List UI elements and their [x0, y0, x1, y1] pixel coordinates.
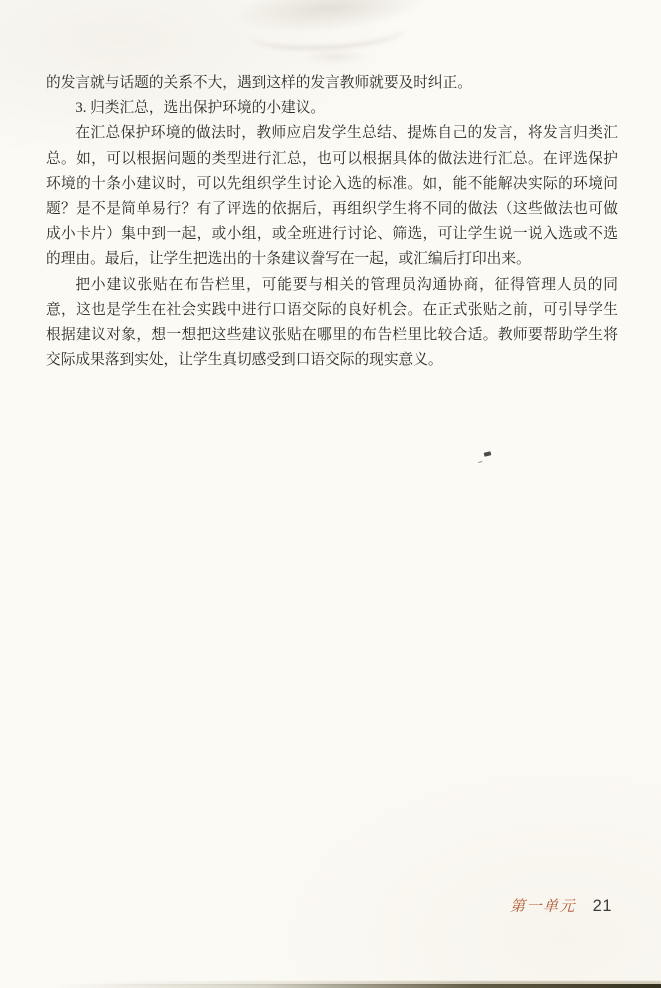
book-page: 的发言就与话题的关系不大，遇到这样的发言教师就要及时纠正。 3. 归类汇总，选出… — [0, 0, 661, 988]
paragraph-heading-item-3: 3. 归类汇总，选出保护环境的小建议。 — [46, 96, 618, 121]
unit-label: 第一单元 — [509, 895, 576, 916]
paragraph-continuation: 的发言就与话题的关系不大，遇到这样的发言教师就要及时纠正。 — [46, 71, 618, 96]
paragraph-posting-suggestions: 把小建议张贴在布告栏里，可能要与相关的管理员沟通协商，征得管理人员的同意，这也是… — [46, 273, 618, 374]
scan-edge-shadow — [0, 984, 661, 988]
page-number: 21 — [593, 897, 612, 916]
scan-smudge-faint — [300, 48, 370, 66]
body-text: 的发言就与话题的关系不大，遇到这样的发言教师就要及时纠正。 3. 归类汇总，选出… — [46, 71, 618, 373]
ink-speck — [484, 451, 492, 457]
page-footer: 第一单元 21 — [510, 895, 612, 916]
paragraph-summary-method: 在汇总保护环境的做法时，教师应启发学生总结、提炼自己的发言，将发言归类汇总。如，… — [46, 121, 618, 272]
